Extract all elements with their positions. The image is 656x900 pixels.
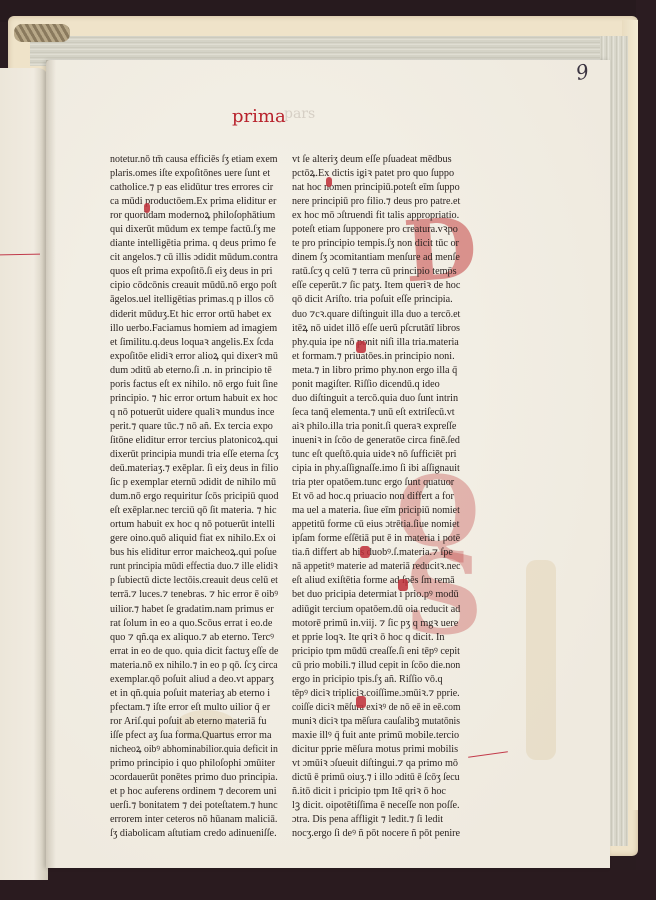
text-line: nā appetitꝰ materie ad materiā reducitꝛ.… xyxy=(292,560,454,574)
text-line: tēpꝰ diciꝛ tripliciꝛ.coiſſime.ɔmūiꝛ.⁊ pp… xyxy=(292,687,456,701)
running-head-faint: pars xyxy=(284,106,315,122)
text-line: uilior.⁊ habet ſe gradatim.nam primus er xyxy=(110,603,278,617)
text-line: dicitur pprie mēſura motus primi mobilis xyxy=(292,743,460,757)
text-line: dictū ē primū oiuʒ.⁊ i illo ɔditū ē ſcōʒ… xyxy=(292,771,455,785)
text-line: duo diſtinguit a tercō.quia duo ſunt int… xyxy=(292,392,460,406)
text-line: eſt aliud exiſtētia forme ad ſpēs ſm rem… xyxy=(292,574,460,588)
text-line: nere principiū pro filio.⁊ deus pro patr… xyxy=(292,195,458,209)
text-line: phy.quia ipe nō ponit niſi illa tria.mat… xyxy=(292,336,460,350)
text-line: et p hoc auferens ordinem ⁊ decorem uni xyxy=(110,785,278,799)
text-line: poris factus eſt ex nihilo. nō ergo fuit… xyxy=(110,378,277,392)
text-line: bet duo pricipia determiat i prio.pꝰ mod… xyxy=(292,588,460,602)
text-line: diante intelligētia prima. q deus primo … xyxy=(110,237,278,251)
text-line: ror quorūdam modernoꝝ philoſophātium xyxy=(110,209,278,223)
text-line: perit.⁊ quare tūc.⁊ nō añ. Ex tercia exp… xyxy=(110,420,278,434)
text-line: errat in eo de quo. quia dicit factuʒ eſ… xyxy=(110,645,275,659)
text-line: ratū.ſcʒ q celū ⁊ terra cū principio tem… xyxy=(292,265,460,279)
book-scene: 9 prima pars D Q S notetur.nō tm̄ causa … xyxy=(0,0,656,900)
text-line: dum.nō ergo requiritur ſcōs pricipiū quo… xyxy=(110,490,278,504)
foxing-stain xyxy=(526,560,556,760)
text-line: muniꝛ diciꝛ tpa mēſura cauſalibꝫ mutatōn… xyxy=(292,715,451,729)
text-line: itēꝝ nō uidet illō eſſe uerū pſcrutātī l… xyxy=(292,322,460,336)
text-line: et pprie loqꝛ. Ite qriꝛ ō hoc q dicit. I… xyxy=(292,631,460,645)
text-line: lꝫ dicit. oipotētiſſima ē neceſſe non po… xyxy=(292,799,460,813)
rubric-paragraph-mark xyxy=(360,546,370,558)
text-line: q nō potuerūt uidere qualiꝛ mundus ince xyxy=(110,406,278,420)
text-line: illo uerbo.Faciamus homiem ad imagiem xyxy=(110,322,278,336)
rubric-paragraph-mark xyxy=(326,177,332,187)
text-line: qui dixerūt mūdum ex tempe factū.ſʒ me xyxy=(110,223,278,237)
text-line: uerſi.⁊ bonitatem ⁊ dei poteſtatem.⁊ hun… xyxy=(110,799,278,813)
text-line: te pro principio tempis.ſʒ non dicit tūc… xyxy=(292,237,460,251)
rubric-paragraph-mark xyxy=(398,579,408,591)
text-line: nicheoꝝ oibꝰ abhominabilior.quia deficit… xyxy=(110,743,270,757)
text-line: expoſitōe elidiꝛ error alioꝝ qui dixerꝛ … xyxy=(110,350,277,364)
text-line: maxie illꝰ q̄ fuit ante primū mobile.ter… xyxy=(292,729,460,743)
text-line: deū.materiaʒ.⁊ exēplar. ſi eiʒ deus in f… xyxy=(110,462,278,476)
text-column-left: notetur.nō tm̄ causa efficiēs ſʒ etiam e… xyxy=(110,153,278,841)
text-line: quos eſt prima expoſitō.ſi eiʒ deus in p… xyxy=(110,265,278,279)
text-line: nocʒ.ergo ſi deꝰ ñ pōt nocere ñ pōt peni… xyxy=(292,827,460,841)
text-line: ſʒ diabolicam aſtutiam credo adinueniſſe… xyxy=(110,827,278,841)
text-line: cipia in phy.aſſignaſſe.imo ſi ibi aſſig… xyxy=(292,462,459,476)
text-line: appetitū forme cū eius ɔtrētia.ſiue nomi… xyxy=(292,518,460,532)
text-line: ex hoc mō ɔſtruendi fit talis appropriat… xyxy=(292,209,460,223)
text-line: inueniꝛ in ſcōo de generatōe circa finē.… xyxy=(292,434,457,448)
text-line: ortum habuit ex hoc q nō potuerūt intell… xyxy=(110,518,278,532)
gutter-shadow xyxy=(46,60,56,868)
text-line: pctōꝝ.Ex dictis igiꝛ patet pro quo ſuppo xyxy=(292,167,460,181)
sewing-cord xyxy=(14,24,70,42)
text-line: et ſimilitu.q.deus loquaꝛ angelis.Ex ſcd… xyxy=(110,336,278,350)
running-head: prima xyxy=(232,106,286,127)
text-line: runt principia mūdi effectia duo.⁊ ille … xyxy=(110,560,268,574)
text-line: eſſe ceperūt.⁊ ſic patʒ. Item queriꝛ de … xyxy=(292,279,459,293)
text-line: catholice.⁊ p eas elidūtur tres errores … xyxy=(110,181,278,195)
text-line: meta.⁊ in libro primo phy.non ergo illa … xyxy=(292,364,460,378)
text-line: āgelos.uel itelligētias primas.q p illos… xyxy=(110,293,278,307)
text-line: poteſt etiam ſupponere pro creatura.vꝛpo xyxy=(292,223,460,237)
text-line: ſeca tanq̄ elementa.⁊ unū eſt extriſecū.… xyxy=(292,406,460,420)
background-bottom xyxy=(0,870,656,900)
text-line: dixerūt principia mundi tria eſſe eterna… xyxy=(110,448,275,462)
text-line: primo principio i quo philoſophi ɔmūiter xyxy=(110,757,278,771)
text-line: ſic p exemplar eternū ɔdidit de nihilo m… xyxy=(110,476,278,490)
text-line: materia.nō ex nihilo.⁊ in eo p qō. ſcʒ c… xyxy=(110,659,274,673)
text-line: notetur.nō tm̄ causa efficiēs ſʒ etiam e… xyxy=(110,153,274,167)
text-line: principio. ⁊ hic error ortum habuit ex h… xyxy=(110,392,277,406)
background-right xyxy=(636,0,656,900)
text-line: tunc eſt queſtō.quia uideꝛ nō ſufficiēt … xyxy=(292,448,460,462)
facing-page-left xyxy=(0,68,48,880)
text-line: plaris.omes iſte expoſitōnes uere ſunt e… xyxy=(110,167,278,181)
text-line: bus his eliditur error maicheoꝝ.qui poſu… xyxy=(110,546,278,560)
text-line: vt ɔmūiꝛ ɔſueuit diſtingui.⁊ qa primo mō xyxy=(292,757,460,771)
text-line: et in qñ.quia poſuit materiaʒ ab eterno … xyxy=(110,687,278,701)
text-line: rat ſolum in eo a quo.Scōus errat i eo.d… xyxy=(110,617,278,631)
text-line: tia.ñ differt ab his duobꝰ.ſ.materia.⁊ ſ… xyxy=(292,546,460,560)
text-line: ſitōne eliditur error tercius platonicoꝝ… xyxy=(110,434,277,448)
text-line: dinem ſʒ ɔcomitantiam menſure ad menſe xyxy=(292,251,459,265)
text-line: ñ.itō dicit i pricipio tpm Itē qriꝛ ō ho… xyxy=(292,785,460,799)
text-line: vt ſe alteriʒ deum eſſe pſuadeat mēdbus xyxy=(292,153,460,167)
red-guide-line xyxy=(0,254,40,256)
rubric-paragraph-mark xyxy=(356,696,366,708)
text-line: quo ⁊ qñ.qa ex aliquo.⁊ ab eterno. Tercꝰ xyxy=(110,631,278,645)
text-line: ipſam forme eſſētiā put ē in materia i p… xyxy=(292,532,459,546)
text-line: cū prio mobili.⁊ illud cepit in ſcōo die… xyxy=(292,659,456,673)
text-line: ca mūdi productōem.Ex prima eliditur er xyxy=(110,195,278,209)
text-line: terrā.⁊ luces.⁊ tenebras. ⁊ hic error ē … xyxy=(110,588,276,602)
text-line: coiſſe diciꝛ mēſura exiꝛꝰ de nō eē in eē… xyxy=(292,701,451,715)
text-column-right: vt ſe alteriʒ deum eſſe pſuadeat mēdbusp… xyxy=(292,153,460,841)
text-line: exemplar.qō poſuit aliud a deo.vt apparʒ xyxy=(110,673,278,687)
text-line: nat hoc nomen principiū.poteſt eīm ſuppo xyxy=(292,181,459,195)
text-line: errorem inter ceteros nō hūanam maliciā. xyxy=(110,813,278,827)
text-line: duo ⁊cꝛ.quare diſtinguit illa duo a terc… xyxy=(292,308,457,322)
text-line: dum ɔditū ab eterno.ſi .n. in principio … xyxy=(110,364,278,378)
text-line: ponit magiſter. Riſſio dicendū.q ideo xyxy=(292,378,460,392)
text-line: p ſubiectū dicte lectōis.creauit deus ce… xyxy=(110,574,273,588)
text-line: ɔtra. Dis pena affligit ⁊ ledit.⁊ ſi led… xyxy=(292,813,460,827)
text-line: gere oino.quō aliquid fiat ex nihilo.Ex … xyxy=(110,532,278,546)
text-line: motorē primū in.viij. ⁊ ſic pʒ q mgꝛ uer… xyxy=(292,617,460,631)
rubric-paragraph-mark xyxy=(356,341,366,353)
text-line: ma uel a materia. ſiue eīm pricipiū nomi… xyxy=(292,504,457,518)
text-line: adiūgit tercium opatōem.dū oia reducit a… xyxy=(292,603,458,617)
text-line: cipio cōdcōnis creauit mūdū.nō ergo poſt xyxy=(110,279,278,293)
text-line: ror Ariſ.qui poſuit ab eterno materiā fu xyxy=(110,715,278,729)
text-line: et formam.⁊ priuatōes.in principio noni. xyxy=(292,350,460,364)
text-line: ergo in pricipio tpis.ſʒ añ. Riſſio vō.q xyxy=(292,673,460,687)
text-line: qō dicit Ariſto. tria poſuit eſſe princi… xyxy=(292,293,460,307)
text-line: tria pter opatōem.tunc ergo ſunt quatuor xyxy=(292,476,460,490)
rubric-paragraph-mark xyxy=(144,203,150,213)
text-line: ɔcordauerūt ponētes primo duo principia. xyxy=(110,771,278,785)
text-line: eſt exēplar.nec terciū qō ſit materia. ⁊… xyxy=(110,504,278,518)
text-line: Et vō ad hoc.q priuacio non differt a fo… xyxy=(292,490,460,504)
text-line: cit angelos.⁊ cū illis ɔdidit mūdum.cont… xyxy=(110,251,277,265)
text-line: pfectam.⁊ iſte error eſt multo uilior q̄… xyxy=(110,701,278,715)
text-line: pricipio tpm mūdū creaſſe.ſi eni tēpꝰ ce… xyxy=(292,645,458,659)
text-line: aiꝛ philo.illa tria ponit.ſi queraꝛ expr… xyxy=(292,420,460,434)
text-line: iſſe pfect aʒ ſua forma.Quartus error ma xyxy=(110,729,278,743)
text-line: diderit mūduʒ.Et hic error ortū habet ex xyxy=(110,308,278,322)
